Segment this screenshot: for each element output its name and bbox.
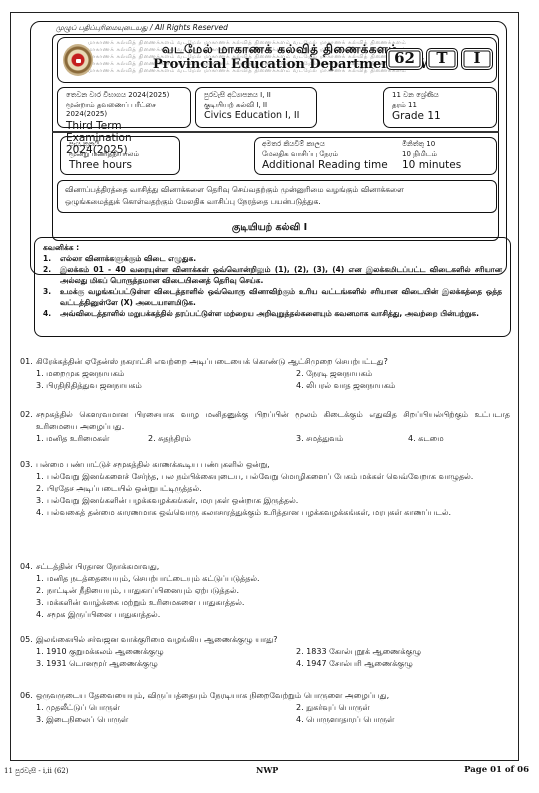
option: 4.சமூக இருப்பினை பாதுகாத்தல்.: [36, 609, 510, 621]
option: 1. மறைமுக ஜனநாயகம்: [36, 368, 296, 380]
reading-time-labels: අමතර කියවීම් කාලය மேலதிக வாசிப்பு நேரம் …: [262, 140, 388, 171]
reading-instruction-line1: வினாப்பத்திரத்தை வாசித்து வினாக்களை தெரி…: [65, 184, 496, 196]
part-code-box: I: [461, 48, 493, 70]
option: 1. முதலீட்டுப் பொருள்: [36, 702, 296, 714]
option: 3.மக்களின் வாழ்க்கை மற்றும் உரிமைகளை பாத…: [36, 597, 510, 609]
question-02: 02.சமூகத்தில் கௌரவமான பிரசையாக வாழ மனிதன…: [20, 409, 510, 445]
question-04: 04.சட்டத்தின் பிரதான நோக்கமாவது, 1.மனித …: [20, 561, 510, 621]
department-title-box: மாகாணக் கல்வித் திணைக்களம் வடமேல் மாகாணக…: [57, 37, 497, 83]
header-divider: [52, 131, 499, 133]
instruction-item: 4.அவ்விடைத்தாளில் மறுபக்கத்தில் தரப்பட்ட…: [43, 308, 502, 319]
exam-info-box: තෙවන වාර විභාගය 2024(2025) மூன்றாம் தவணை…: [57, 87, 191, 128]
instruction-item: 1.எல்லா வினாக்களுக்கும் விடை எழுதுக.: [43, 253, 502, 264]
option: 4. 1947 சோல்பரி ஆணைக்குழு: [296, 658, 506, 670]
instruction-item: 3.உமக்கு வழங்கப்பட்டுள்ள விடைத்தாளில் ஒவ…: [43, 286, 502, 308]
option: 2. 1833 கோல்புறூக் ஆணைக்குழு: [296, 646, 506, 658]
option: 2.பிரதேச அடிப்படையில் ஒன்றுபட்டிருத்தல்.: [36, 483, 510, 495]
department-name-tamil: வடமேல் மாகாணக் கல்வித் திணைக்களம்: [162, 42, 398, 58]
duration-english: Three hours: [69, 159, 179, 171]
option: 3. சமத்துவம்: [296, 433, 408, 445]
option: 2.நாட்டின் நீதியையும், பாதுகாப்பினையும் …: [36, 585, 510, 597]
subject-tamil: குடியியற் கல்வி I, II: [204, 101, 316, 111]
option: 3.பல்வேறு இனங்களின் பழக்கவழக்கங்கள், மரப…: [36, 495, 510, 507]
option: 1.மனித நடத்தையையும், செயற்பாட்டையும் கட்…: [36, 573, 510, 585]
rights-reserved: முழுப் பதிப்புரிமையுடையது / All Rights R…: [56, 23, 228, 33]
option: 4. பொருளாதாரப் பொருள்: [296, 714, 506, 726]
instructions-heading: கவனிக்க :: [43, 242, 502, 253]
grade-info-box: 11 වන ශ්‍රේණිය தரம் 11 Grade 11: [383, 87, 497, 128]
grade-tamil: தரம் 11: [392, 101, 496, 111]
question-03: 03.பன்மை பண்பாட்டுச் சமூகத்தில் காணக்கூட…: [20, 459, 510, 519]
option: 1. மனித உரிமைகள்: [36, 433, 148, 445]
grade-sinhala: 11 වන ශ්‍රේණිය: [392, 91, 496, 101]
exam-sinhala: තෙවන වාර විභාගය 2024(2025): [66, 91, 190, 101]
option: 1.பல்வேறு இனங்களைச் சேர்ந்த, பல நம்பிக்க…: [36, 471, 510, 483]
paper-code-box: 62: [386, 48, 423, 70]
question-06: 06.ஒருவருடைய தேவையையும், விருப்பத்தையும்…: [20, 690, 510, 726]
option: 2. நுகர்வுப் பொருள்: [296, 702, 506, 714]
option: 2. நேரடி ஜனநாயகம்: [296, 368, 506, 380]
grade-english: Grade 11: [392, 110, 496, 122]
reading-instruction-box: வினாப்பத்திரத்தை வாசித்து வினாக்களை தெரி…: [57, 180, 497, 213]
duration-box: පැය තුනයි மூன்று மணித்தியாலம் Three hour…: [60, 136, 180, 175]
page-number: Page 01 of 06: [464, 765, 529, 775]
language-code-box: T: [426, 48, 458, 70]
option: 3. பிரதிநிதித்துவ ஜனநாயகம்: [36, 380, 296, 392]
subject-info-box: පුරවැසි අධ්‍යාපනය I, II குடியியற் கல்வி …: [195, 87, 317, 128]
instruction-item: 2.இலக்கம் 01 - 40 வரையுள்ள வினாக்கள் ஒவ்…: [43, 264, 502, 286]
duration-tamil: மூன்று மணித்தியாலம்: [69, 150, 179, 160]
department-logo-icon: [63, 44, 93, 76]
footer-center: NWP: [256, 765, 278, 775]
paper-title: குடியியற் கல்வி I: [0, 222, 539, 234]
option: 3. இடைநிலைப் பொருள்: [36, 714, 296, 726]
reading-time-values: මිනිත්තු 10 10 நிமிடம் 10 minutes: [402, 140, 461, 171]
question-01: 01.கிரேக்கத்தின் ஏதேன்ஸ் நகராட்சி எவற்றை…: [20, 356, 510, 392]
footer-paper-code: 11 පුරවැසි - i,ii (62): [4, 767, 68, 776]
option: 2. சுதந்திரம்: [148, 433, 296, 445]
subject-english: Civics Education I, II: [204, 110, 316, 122]
duration-sinhala: පැය තුනයි: [69, 140, 179, 150]
question-05: 05.இலங்கையில் சர்வஜன வாக்குரிமை வழங்கிய …: [20, 634, 510, 670]
exam-tamil: மூன்றாம் தவணைப் பரீட்சை 2024(2025): [66, 101, 190, 120]
reading-instruction-line2: ஒழுங்கமைத்துக் கொள்வதற்கும் மேலதிக வாசிப…: [65, 196, 496, 208]
option: 4.பல்வகைத் தன்மை காரணமாக ஒவ்வொரு கலாசாரத…: [36, 507, 510, 519]
option: 4. கடமை: [408, 433, 508, 445]
option: 4. லிபரல் வாத ஜனநாயகம்: [296, 380, 506, 392]
option: 1. 1910 குறுமக்கலம் ஆணைக்குழு: [36, 646, 296, 658]
rights-english: / All Rights Reserved: [150, 23, 228, 32]
subject-sinhala: පුරවැසි අධ්‍යාපනය I, II: [204, 91, 316, 101]
rights-tamil: முழுப் பதிப்புரிமையுடையது: [56, 24, 148, 32]
option: 3. 1931 டொனமூர் ஆணைக்குழு: [36, 658, 296, 670]
instructions-box: கவனிக்க : 1.எல்லா வினாக்களுக்கும் விடை எ…: [34, 237, 511, 337]
